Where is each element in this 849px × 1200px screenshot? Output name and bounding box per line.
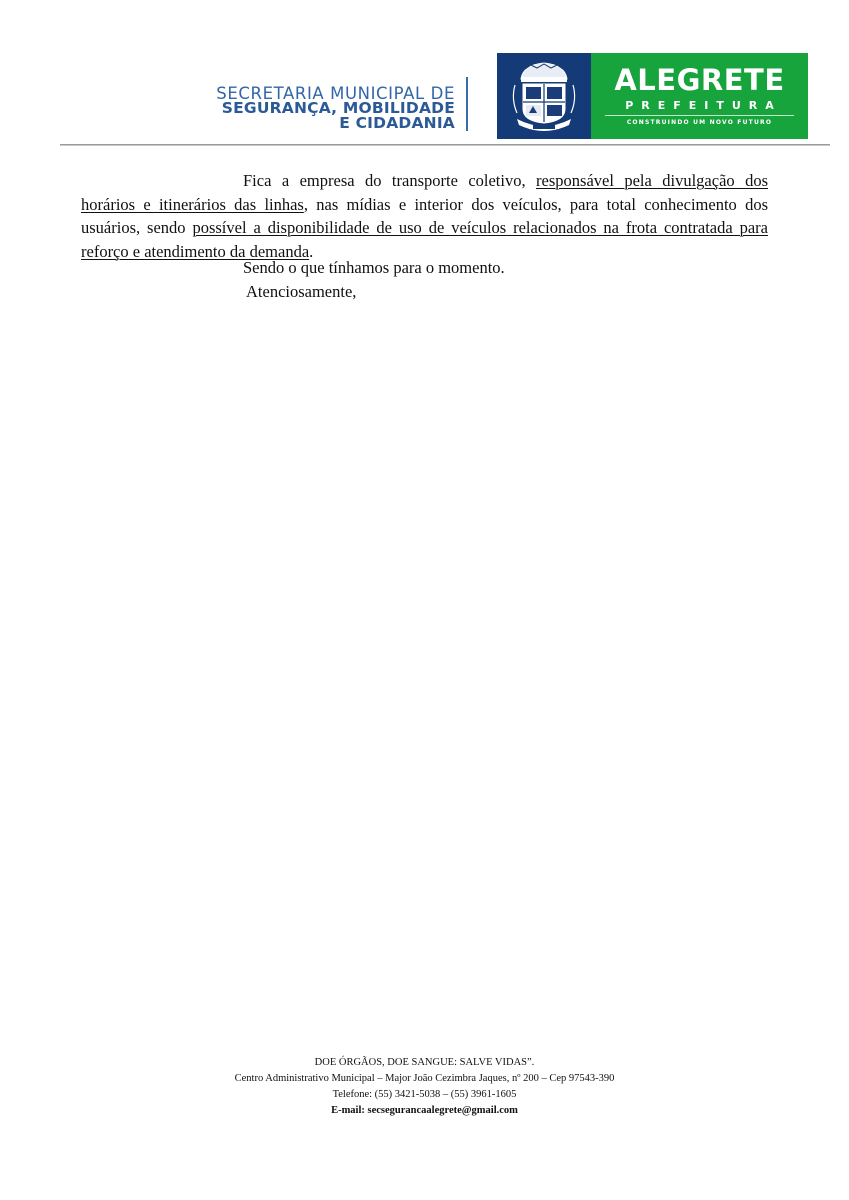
- footer-email: E-mail: secsegurancaalegrete@gmail.com: [0, 1103, 849, 1119]
- closing: Sendo o que tínhamos para o momento. Ate…: [243, 256, 505, 304]
- main-paragraph: Fica a empresa do transporte coletivo, r…: [81, 169, 768, 263]
- brand-subtitle: PREFEITURA: [591, 100, 808, 112]
- department-name: SECRETARIA MUNICIPAL DE SEGURANÇA, MOBIL…: [100, 86, 455, 131]
- footer-slogan: DOE ÓRGÃOS, DOE SANGUE: SALVE VIDAS”.: [0, 1055, 849, 1071]
- closing-line-2: Atenciosamente,: [243, 280, 505, 304]
- prefeitura-logo: ALEGRETE PREFEITURA CONSTRUINDO UM NOVO …: [497, 53, 808, 139]
- letter-body: Fica a empresa do transporte coletivo, r…: [81, 169, 768, 263]
- header-divider: [466, 77, 468, 131]
- brand-title: ALEGRETE: [591, 65, 808, 95]
- paragraph-intro: Fica a empresa do transporte coletivo,: [243, 171, 536, 190]
- department-line-3: E CIDADANIA: [100, 116, 455, 131]
- brand-panel: ALEGRETE PREFEITURA CONSTRUINDO UM NOVO …: [591, 53, 808, 139]
- brand-rule: [605, 115, 794, 116]
- coat-of-arms-icon: [509, 59, 579, 133]
- closing-line-1: Sendo o que tínhamos para o momento.: [243, 256, 505, 280]
- brand-tagline: CONSTRUINDO UM NOVO FUTURO: [591, 119, 808, 127]
- footer-address: Centro Administrativo Municipal – Major …: [0, 1071, 849, 1087]
- crest-panel: [497, 53, 591, 139]
- footer: DOE ÓRGÃOS, DOE SANGUE: SALVE VIDAS”. Ce…: [0, 1055, 849, 1119]
- footer-phone: Telefone: (55) 3421-5038 – (55) 3961-160…: [0, 1087, 849, 1103]
- header-separator: [60, 144, 830, 146]
